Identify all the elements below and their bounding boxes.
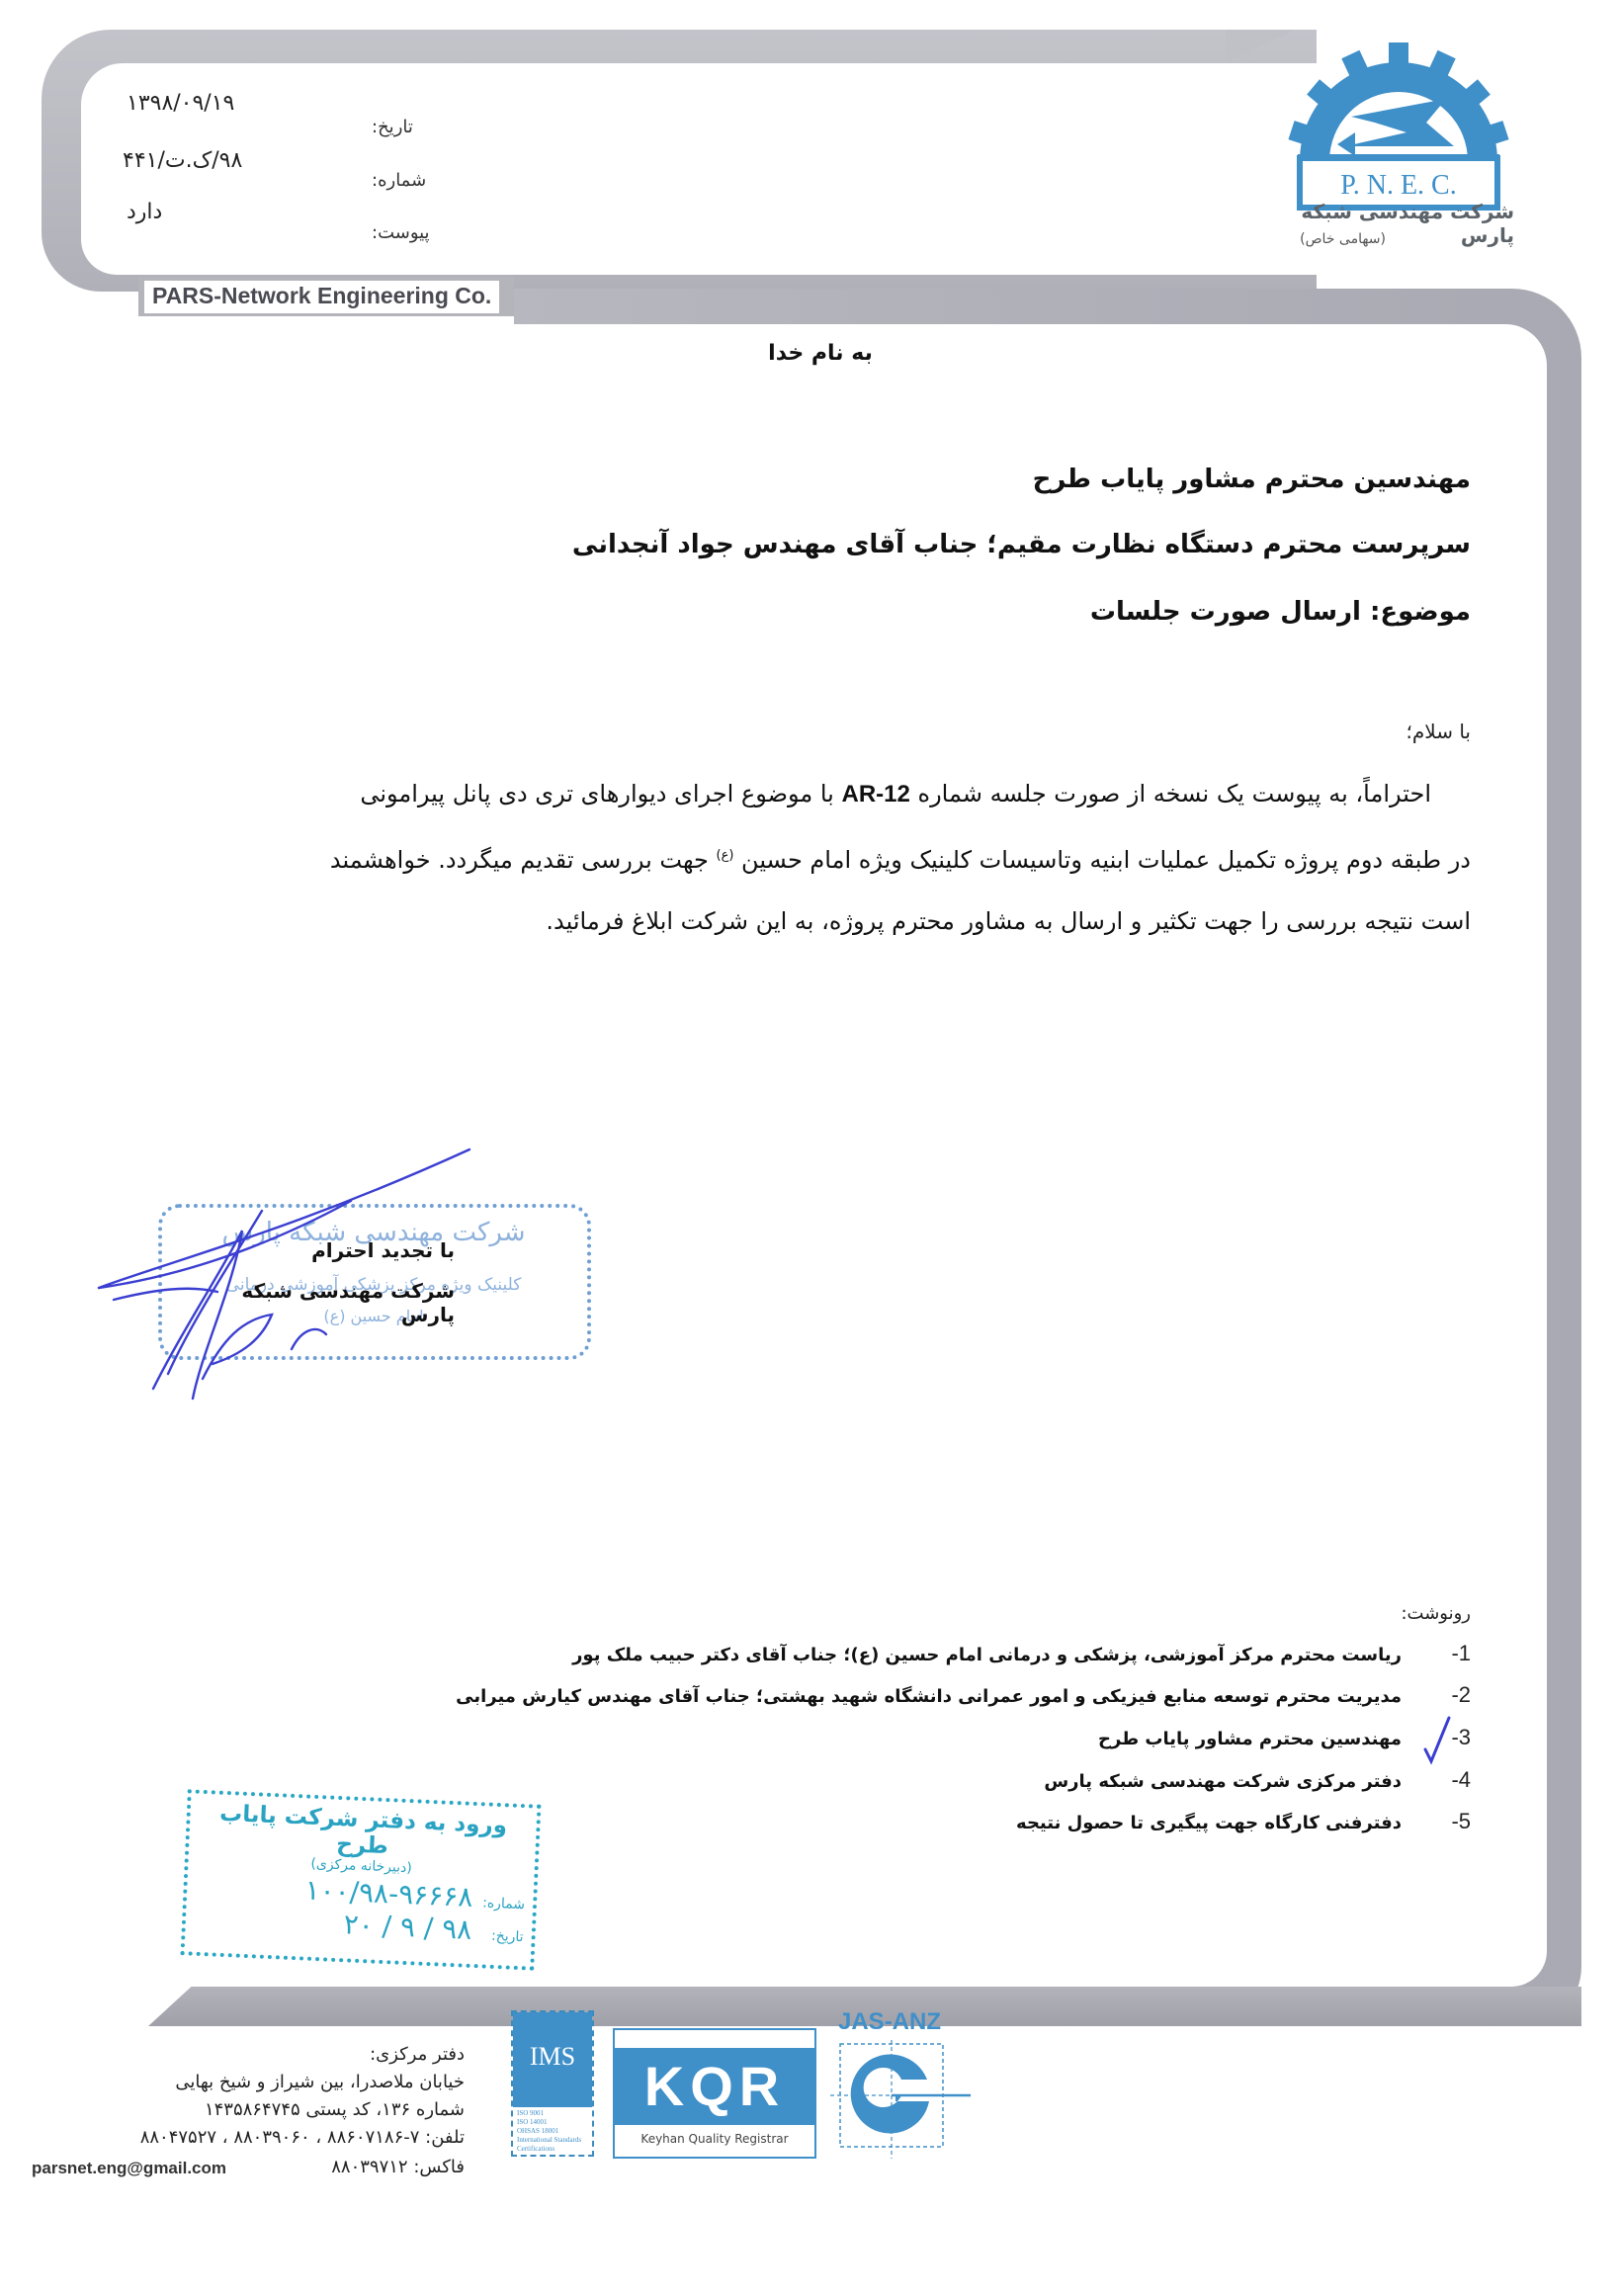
cc-item: -5 دفترفنی کارگاه جهت پیگیری تا حصول نتی… xyxy=(1016,1809,1471,1834)
svg-text:P. N. E. C.: P. N. E. C. xyxy=(1340,170,1456,201)
ims-label: IMS xyxy=(513,2012,592,2107)
ims-certificate-logo: IMS ISO 9001 ISO 14001 OHSAS 18001 Inter… xyxy=(511,2010,594,2157)
receipt-number-label: شماره: xyxy=(482,1895,526,1913)
attachment-label: پیوست: xyxy=(372,222,430,243)
attachment-value: دارد xyxy=(127,200,162,224)
number-label: شماره: xyxy=(372,170,426,191)
receipt-date-value: ۹۸ / ۹ / ۲۰ xyxy=(343,1908,472,1946)
email-link[interactable]: parsnet.eng@gmail.com xyxy=(32,2159,226,2178)
number-value: ۹۸/ک.ت/۴۴۱ xyxy=(123,148,242,173)
header-panel xyxy=(81,63,1336,275)
body-line-1: احتراماً، به پیوست یک نسخه از صورت جلسه … xyxy=(127,763,1471,825)
bismillah-heading: به نام خدا xyxy=(731,341,909,366)
kqr-certificate-logo: KQR Keyhan Quality Registrar xyxy=(613,2028,816,2159)
fax-number: فاکس: ۸۸۰۳۹۷۱۲ xyxy=(257,2157,465,2177)
meeting-code: AR-12 xyxy=(842,781,910,808)
kqr-caption: Keyhan Quality Registrar xyxy=(615,2125,814,2153)
receipt-stamp: ورود به دفتر شرکت پایاب طرح (دبیرخانه مر… xyxy=(181,1789,542,1970)
receipt-date-label: تاریخ: xyxy=(491,1928,524,1945)
greeting: با سلام؛ xyxy=(1406,720,1471,743)
body-paragraph: احتراماً، به پیوست یک نسخه از صورت جلسه … xyxy=(127,763,1471,952)
cc-item: -1 ریاست محترم مرکز آموزشی، پزشکی و درما… xyxy=(572,1641,1471,1666)
company-name-en: PARS-Network Engineering Co. xyxy=(144,281,499,313)
phone-numbers: تلفن: ۷-۸۸۶۰۷۱۸۶ ، ۸۸۰۳۹۰۶۰ ، ۸۸۰۴۷۵۲۷ xyxy=(30,2127,465,2148)
jas-anz-label: JAS-ANZ xyxy=(838,2008,941,2036)
kqr-label: KQR xyxy=(615,2048,814,2125)
honorific: (ع) xyxy=(717,848,734,863)
company-type-fa: (سهامی خاص) xyxy=(1247,231,1386,247)
cc-item: -2 مدیریت محترم توسعه منابع فیزیکی و امو… xyxy=(456,1682,1471,1708)
body-line-2: در طبقه دوم پروژه تکمیل عملیات ابنیه وتا… xyxy=(127,825,1471,891)
office-label: دفتر مرکزی: xyxy=(30,2044,465,2065)
date-label: تاریخ: xyxy=(372,117,413,137)
address-line-2: شماره ۱۳۶، کد پستی ۱۴۳۵۸۶۴۷۴۵ xyxy=(30,2099,465,2120)
handwritten-signature-icon xyxy=(94,1142,479,1428)
cc-title: رونوشت: xyxy=(1401,1603,1471,1624)
subject-line: موضوع: ارسال صورت جلسات xyxy=(1090,597,1471,627)
checkmark-icon xyxy=(1423,1716,1453,1765)
cc-item: -3 مهندسین محترم مشاور پایاب طرح xyxy=(1098,1725,1471,1750)
jas-anz-logo-icon xyxy=(830,2040,979,2159)
recipient-line-2: سرپرست محترم دستگاه نظارت مقیم؛ جناب آقا… xyxy=(572,530,1471,559)
body-line-3: است نتیجه بررسی را جهت تکثیر و ارسال به … xyxy=(127,891,1471,952)
address-line-1: خیابان ملاصدرا، بین شیراز و شیخ بهایی xyxy=(30,2072,465,2092)
cc-item: -4 دفتر مرکزی شرکت مهندسی شبکه پارس xyxy=(1044,1767,1471,1793)
recipient-line-1: مهندسین محترم مشاور پایاب طرح xyxy=(1033,465,1471,494)
date-value: ۱۳۹۸/۰۹/۱۹ xyxy=(127,91,234,116)
